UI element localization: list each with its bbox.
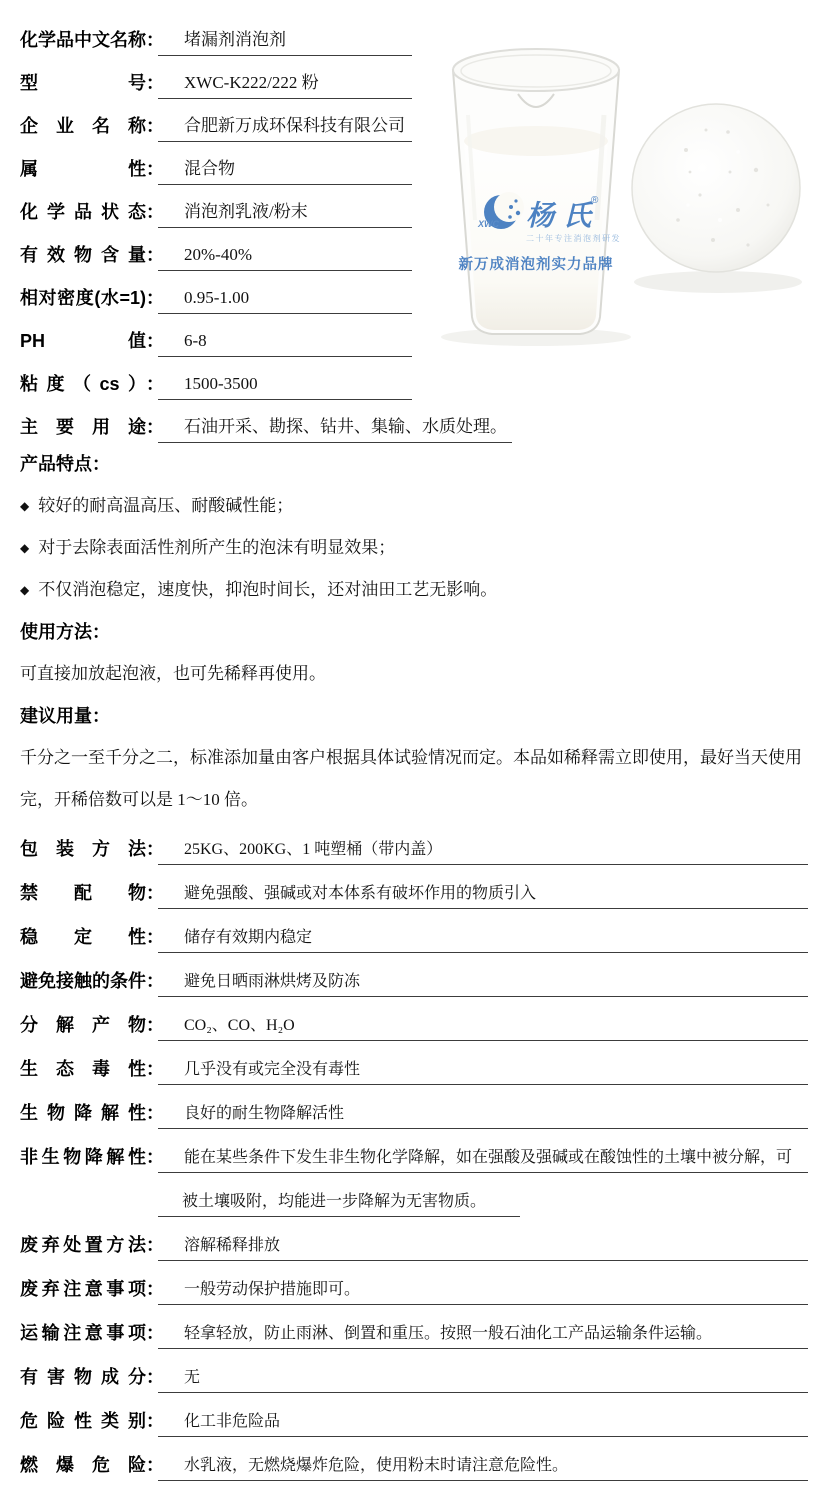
field-label: 相对密度(水=1) xyxy=(20,288,146,314)
field-label: 粘度（cs） xyxy=(20,374,146,400)
field-value: 混合物 xyxy=(158,159,412,185)
field-value: 一般劳动保护措施即可。 xyxy=(158,1280,808,1305)
field-row-abiotic-degradability: 非生物降解性：能在某些条件下发生非生物化学降解，如在强酸及强碱或在酸蚀性的土壤中… xyxy=(20,1129,808,1173)
field-label: 分解产物 xyxy=(20,1015,146,1041)
field-row-hazardous-ingredients: 有害物成分：无 xyxy=(20,1349,808,1393)
field-label: 化学品中文名称 xyxy=(20,30,146,56)
field-row-ph: PH值：6-8 xyxy=(20,314,412,357)
field-value: XWC-K222/222 粉 xyxy=(158,73,412,99)
field-row-explosion-hazard: 燃爆危险：水乳液，无燃烧爆炸危险，使用粉末时请注意危险性。 xyxy=(20,1437,808,1481)
field-label: 运输注意事项 xyxy=(20,1323,146,1349)
feature-item: ◆不仅消泡稳定，速度快，抑泡时间长，还对油田工艺无影响。 xyxy=(20,569,810,611)
diamond-bullet-icon: ◆ xyxy=(20,569,29,611)
field-label: 生物降解性 xyxy=(20,1103,146,1129)
field-label: 型号 xyxy=(20,73,146,99)
field-colon: ： xyxy=(146,30,158,56)
feature-text: 对于去除表面活性剂所产生的泡沫有明显效果； xyxy=(38,538,395,557)
field-row-disposal-precautions: 废弃注意事项：一般劳动保护措施即可。 xyxy=(20,1261,808,1305)
dosage-title: 建议用量： xyxy=(20,695,810,737)
field-colon: ： xyxy=(146,116,158,142)
field-colon: ： xyxy=(146,1103,158,1129)
field-colon: ： xyxy=(146,73,158,99)
diamond-bullet-icon: ◆ xyxy=(20,485,29,527)
field-colon: ： xyxy=(146,1147,158,1173)
field-value: 水乳液，无燃烧爆炸危险，使用粉末时请注意危险性。 xyxy=(158,1456,808,1481)
field-row-density: 相对密度(水=1)：0.95-1.00 xyxy=(20,271,412,314)
field-colon: ： xyxy=(146,1323,158,1349)
field-colon: ： xyxy=(146,927,158,953)
dosage-text: 千分之一至千分之二，标准添加量由客户根据具体试验情况而定。本品如稀释需立即使用，… xyxy=(20,737,810,821)
field-row-abiotic-degradability-cont: 被土壤吸附，均能进一步降解为无害物质。 xyxy=(20,1173,810,1217)
field-row-transport-precautions: 运输注意事项：轻拿轻放，防止雨淋、倒置和重压。按照一般石油化工产品运输条件运输。 xyxy=(20,1305,808,1349)
field-value: 0.95-1.00 xyxy=(158,288,412,314)
field-row-active-content: 有效物含量：20%-40% xyxy=(20,228,412,271)
field-colon: ： xyxy=(146,971,158,997)
field-label: 燃爆危险 xyxy=(20,1455,146,1481)
feature-text: 不仅消泡稳定，速度快，抑泡时间长，还对油田工艺无影响。 xyxy=(38,580,497,599)
field-colon: ： xyxy=(146,1279,158,1305)
field-colon: ： xyxy=(146,839,158,865)
usage-title: 使用方法： xyxy=(20,611,810,653)
field-row-decomposition: 分解产物：CO₂、CO、H₂O xyxy=(20,997,808,1041)
field-colon: ： xyxy=(146,1411,158,1437)
field-row-state: 化学品状态：消泡剂乳液/粉末 xyxy=(20,185,412,228)
field-row-main-use: 主要用途：石油开采、勘探、钻井、集输、水质处理。 xyxy=(20,400,512,443)
field-colon: ： xyxy=(146,1059,158,1085)
usage-text: 可直接加放起泡液，也可先稀释再使用。 xyxy=(20,653,810,695)
field-row-disposal-method: 废弃处置方法：溶解稀释排放 xyxy=(20,1217,808,1261)
field-value: 消泡剂乳液/粉末 xyxy=(158,202,412,228)
field-colon: ： xyxy=(146,202,158,228)
field-label: 包装方法 xyxy=(20,839,146,865)
feature-text: 较好的耐高温高压、耐酸碱性能； xyxy=(38,496,293,515)
field-value: 良好的耐生物降解活性 xyxy=(158,1104,808,1129)
field-value: 25KG、200KG、1 吨塑桶（带内盖） xyxy=(158,840,808,865)
field-value: 化工非危险品 xyxy=(158,1412,808,1437)
field-row-company: 企业名称：合肥新万成环保科技有限公司 xyxy=(20,99,412,142)
field-row-attribute: 属性：混合物 xyxy=(20,142,412,185)
field-label: 主要用途 xyxy=(20,417,146,443)
product-spec-sheet: XWC 杨氏 ® 二十年专注消泡剂研发 新万成消泡剂实力品牌 xyxy=(0,0,830,1498)
field-row-incompatibles: 禁配物：避免强酸、强碱或对本体系有破坏作用的物质引入 xyxy=(20,865,808,909)
field-value: 储存有效期内稳定 xyxy=(158,928,808,953)
field-colon: ： xyxy=(146,417,158,443)
feature-item: ◆较好的耐高温高压、耐酸碱性能； xyxy=(20,485,810,527)
field-label: 生态毒性 xyxy=(20,1059,146,1085)
field-label: 非生物降解性 xyxy=(20,1147,146,1173)
field-row-conditions-to-avoid: 避免接触的条件：避免日晒雨淋烘烤及防冻 xyxy=(20,953,808,997)
field-row-hazard-class: 危险性类别：化工非危险品 xyxy=(20,1393,808,1437)
field-colon: ： xyxy=(146,288,158,314)
field-colon: ： xyxy=(146,883,158,909)
field-row-packing: 包装方法：25KG、200KG、1 吨塑桶（带内盖） xyxy=(20,821,808,865)
field-value-continued: 被土壤吸附，均能进一步降解为无害物质。 xyxy=(158,1192,520,1217)
field-label: 废弃处置方法 xyxy=(20,1235,146,1261)
field-row-viscosity: 粘度（cs）：1500-3500 xyxy=(20,357,412,400)
field-value: 能在某些条件下发生非生物化学降解，如在强酸及强碱或在酸蚀性的土壤中被分解，可 xyxy=(158,1148,808,1173)
field-colon: ： xyxy=(146,1367,158,1393)
field-label: 有效物含量 xyxy=(20,245,146,271)
field-value: 堵漏剂消泡剂 xyxy=(158,30,412,56)
field-label: 避免接触的条件 xyxy=(20,971,146,997)
field-value: 1500-3500 xyxy=(158,374,412,400)
diamond-bullet-icon: ◆ xyxy=(20,527,29,569)
field-value: CO₂、CO、H₂O xyxy=(158,1016,808,1041)
field-label: 废弃注意事项 xyxy=(20,1279,146,1305)
field-colon: ： xyxy=(146,1015,158,1041)
field-label: PH值 xyxy=(20,331,146,357)
field-row-stability: 稳定性：储存有效期内稳定 xyxy=(20,909,808,953)
features-title: 产品特点： xyxy=(20,443,810,485)
field-label: 化学品状态 xyxy=(20,202,146,228)
field-label: 企业名称 xyxy=(20,116,146,142)
field-value: 6-8 xyxy=(158,331,412,357)
field-row-ecotoxicity: 生态毒性：几乎没有或完全没有毒性 xyxy=(20,1041,808,1085)
field-value: 避免日晒雨淋烘烤及防冻 xyxy=(158,972,808,997)
field-label: 稳定性 xyxy=(20,927,146,953)
field-label: 危险性类别 xyxy=(20,1411,146,1437)
field-value: 几乎没有或完全没有毒性 xyxy=(158,1060,808,1085)
field-label: 有害物成分 xyxy=(20,1367,146,1393)
field-colon: ： xyxy=(146,374,158,400)
document-body: 化学品中文名称：堵漏剂消泡剂 型号：XWC-K222/222 粉 企业名称：合肥… xyxy=(20,13,810,1481)
field-row-biodegradability: 生物降解性：良好的耐生物降解活性 xyxy=(20,1085,808,1129)
field-value: 避免强酸、强碱或对本体系有破坏作用的物质引入 xyxy=(158,884,808,909)
field-colon: ： xyxy=(146,1455,158,1481)
field-value: 轻拿轻放，防止雨淋、倒置和重压。按照一般石油化工产品运输条件运输。 xyxy=(158,1324,808,1349)
field-label: 禁配物 xyxy=(20,883,146,909)
field-value: 石油开采、勘探、钻井、集输、水质处理。 xyxy=(158,417,512,443)
feature-item: ◆对于去除表面活性剂所产生的泡沫有明显效果； xyxy=(20,527,810,569)
field-value: 无 xyxy=(158,1368,808,1393)
field-value: 合肥新万成环保科技有限公司 xyxy=(158,116,412,142)
field-value: 20%-40% xyxy=(158,245,412,271)
field-colon: ： xyxy=(146,331,158,357)
field-row-chemical-name: 化学品中文名称：堵漏剂消泡剂 xyxy=(20,13,412,56)
field-value: 溶解稀释排放 xyxy=(158,1236,808,1261)
field-colon: ： xyxy=(146,245,158,271)
field-label: 属性 xyxy=(20,159,146,185)
field-row-model: 型号：XWC-K222/222 粉 xyxy=(20,56,412,99)
field-colon: ： xyxy=(146,1235,158,1261)
field-colon: ： xyxy=(146,159,158,185)
